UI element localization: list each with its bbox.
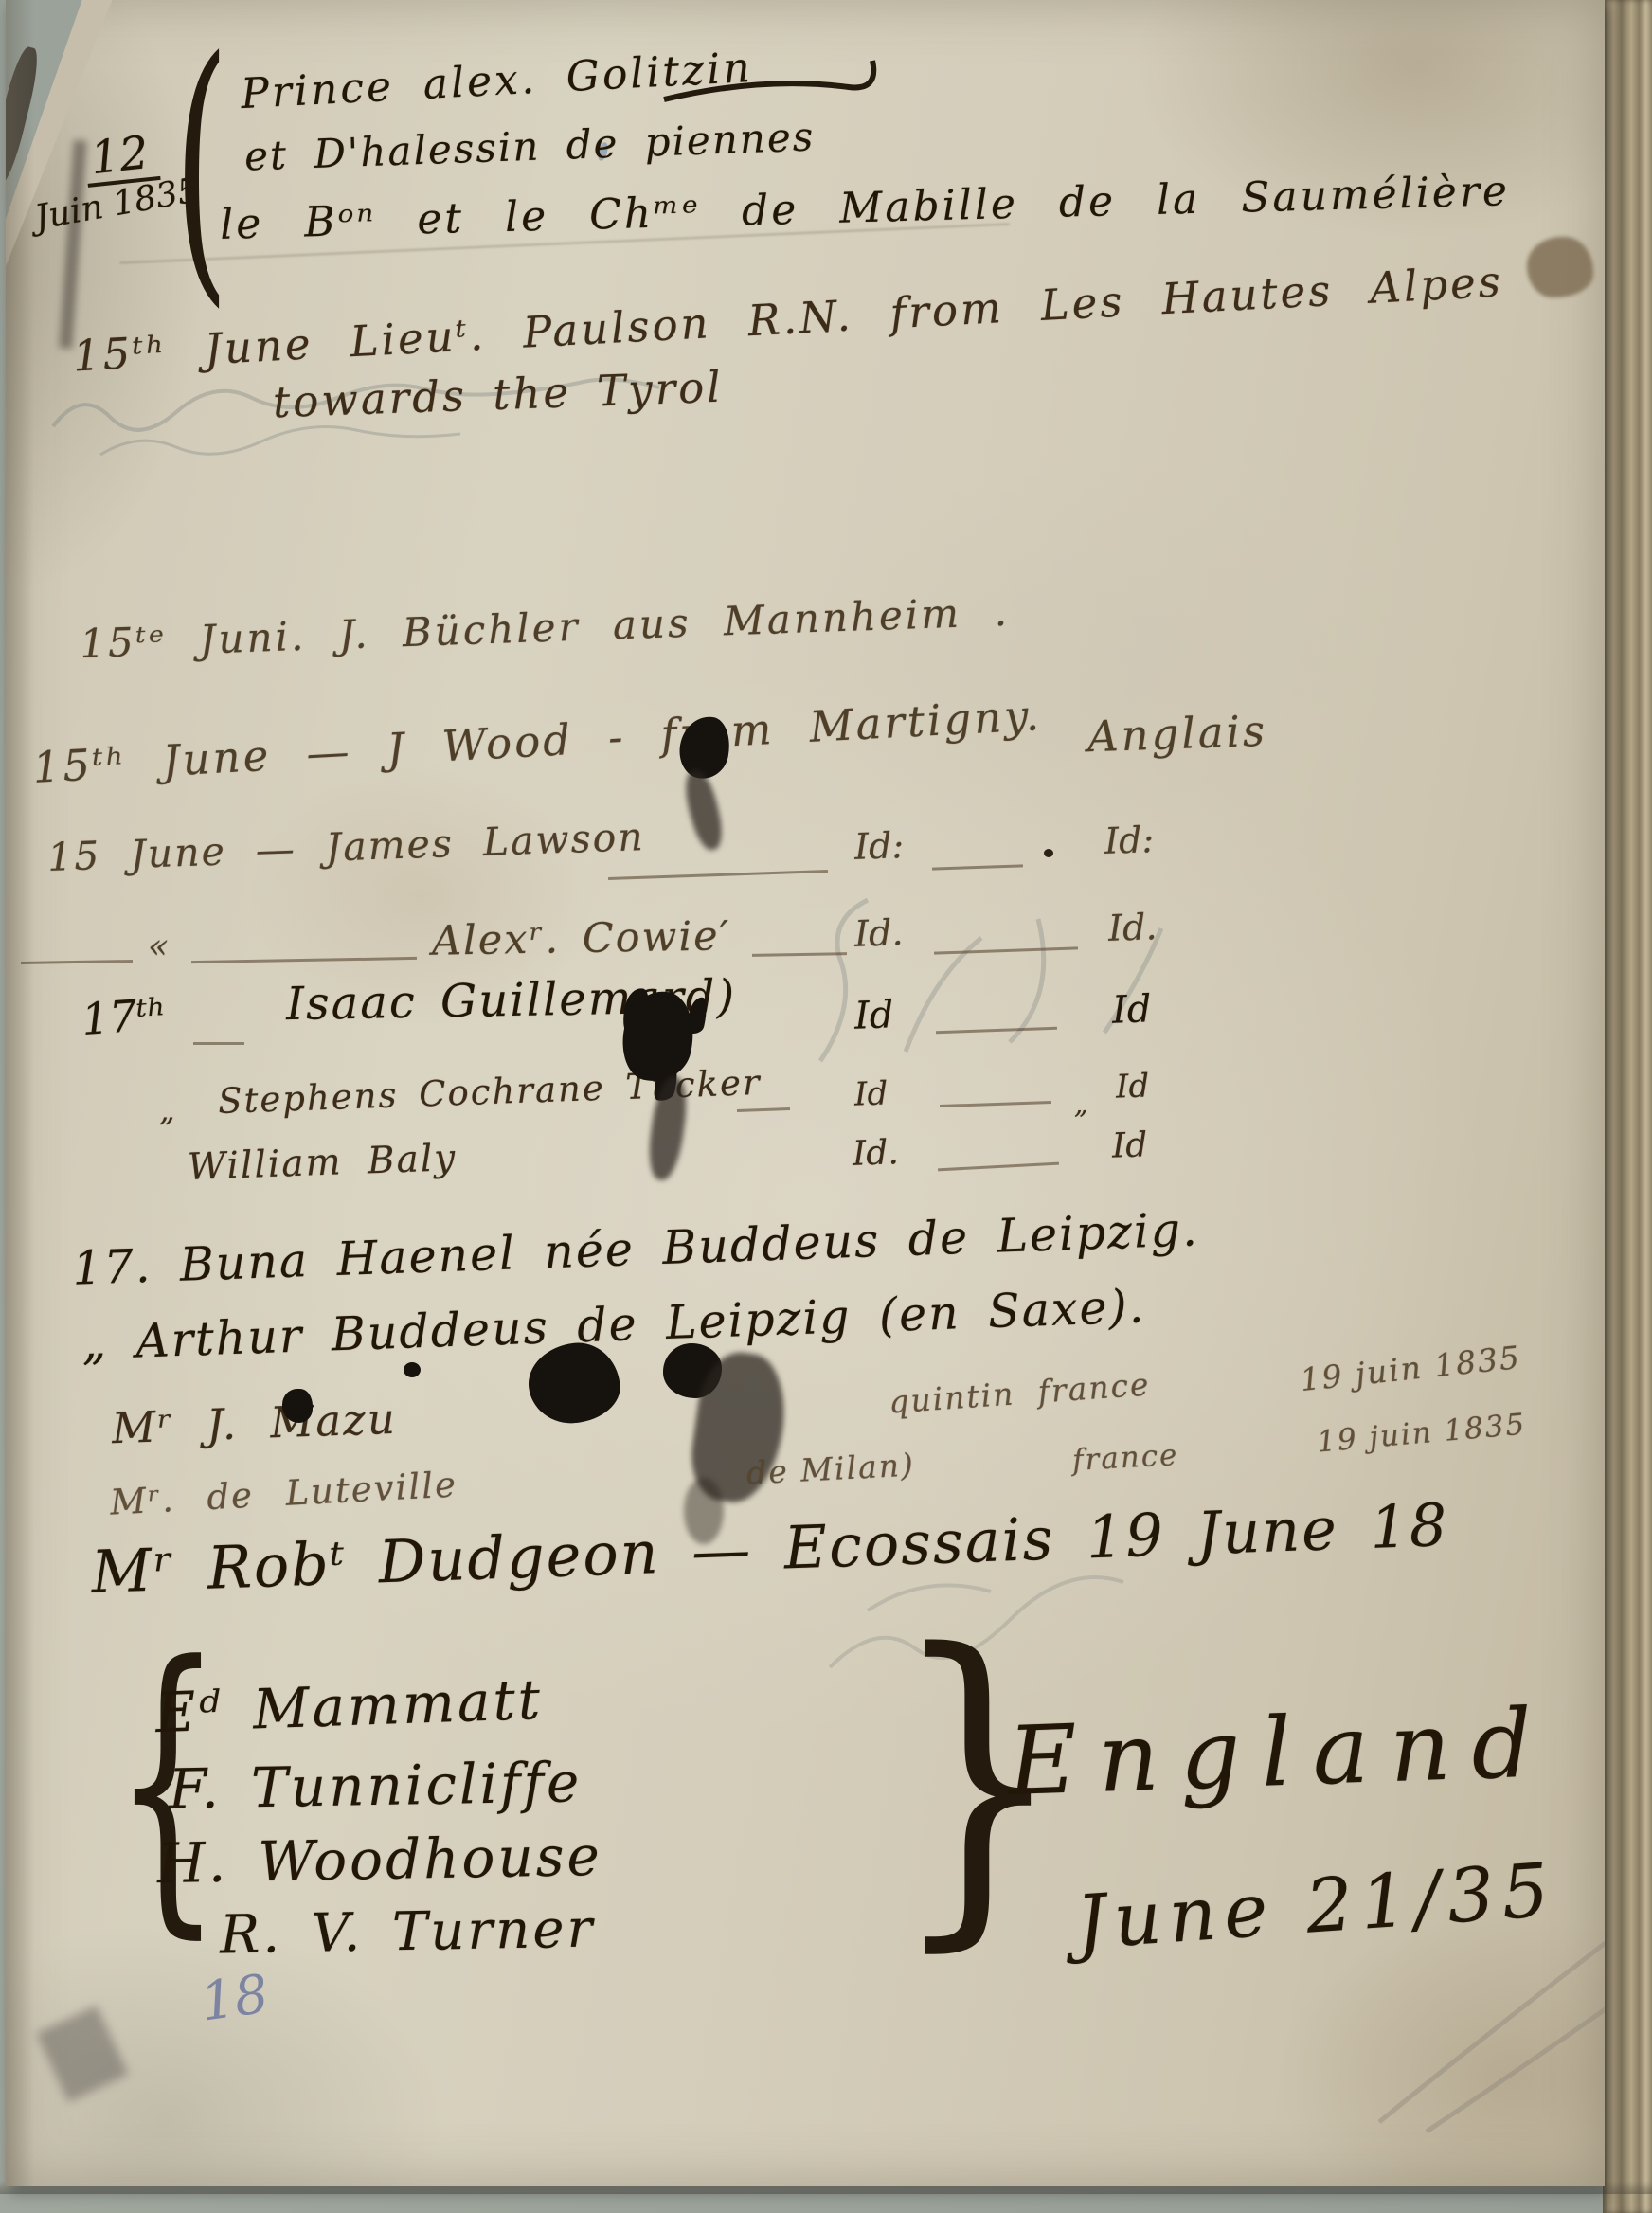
left-edge-shading [6, 0, 34, 2186]
baly-rule [938, 1162, 1059, 1172]
cowie-id-2: Id. [1107, 909, 1158, 946]
tucker-dash [737, 1107, 790, 1112]
pencil-page-number: 18 [197, 1968, 271, 2029]
header-opening-bracket: ( [173, 25, 229, 309]
baly-id-1: Id. [852, 1136, 899, 1172]
bleedthrough-ghost-right [792, 872, 1190, 1080]
entry-buddeus: „ Arthur Buddeus de Leipzig (en Saxe). [81, 1283, 1145, 1366]
entry-haenel: 17. Buna Haenel née Buddeus de Leipzig. [72, 1206, 1200, 1291]
entry-lawson: 15 June — James Lawson [46, 818, 645, 877]
lawson-dash-rule-2 [932, 864, 1023, 870]
lawson-id-1: Id: [853, 827, 904, 865]
signature-name-3: H. Woodhouse [157, 1828, 603, 1891]
bottom-right-scratch [1370, 1923, 1605, 2141]
cowie-id-1: Id. [853, 914, 904, 952]
luteville-date: 19 juin 1835 [1316, 1410, 1527, 1457]
scan-background: 12 Juin 1835 ( Prince alex. Golitzin et … [0, 0, 1652, 2213]
mazu-date: 19 juin 1835 [1299, 1341, 1522, 1395]
signature-name-1: Eᵈ Mammatt [154, 1672, 544, 1740]
lawson-ink-dot [1044, 849, 1053, 857]
mazu-origin: quintin france [888, 1368, 1151, 1417]
cowie-mid-rule [191, 957, 417, 963]
tucker-mid-ditto: „ [1074, 1091, 1088, 1118]
register-page: 12 Juin 1835 ( Prince alex. Golitzin et … [6, 0, 1605, 2186]
ink-smear-wood [680, 767, 727, 854]
signature-name-4: R. V. Turner [220, 1903, 596, 1963]
bottom-left-pencil-scribble [36, 2006, 128, 2102]
guillemard-date: 17ᵗʰ [81, 992, 169, 1041]
cowie-ditto-mark: « [148, 930, 169, 964]
header-name-line3: le Bᵒⁿ et le Chᵐᵉ de Mabille de la Saumé… [220, 171, 1511, 246]
cowie-lead-rule [21, 960, 133, 964]
golitzin-flourish [659, 47, 887, 123]
signature-country: England [1006, 1696, 1554, 1809]
ink-dot-mazu-a [404, 1362, 421, 1377]
entry-wood: 15ᵗʰ June — J Wood - from Martigny. [32, 693, 1043, 789]
tucker-id-1: Id [853, 1077, 888, 1110]
luteville-origin: de Milan) [745, 1448, 915, 1488]
signature-name-2: F. Tunnicliffe [169, 1754, 583, 1817]
tucker-id-2: Id [1115, 1070, 1149, 1103]
ink-dot-mazu-b [282, 1389, 313, 1423]
baly-name: William Baly [187, 1140, 458, 1186]
guillemard-id-1: Id [853, 996, 894, 1035]
tucker-rule-2 [940, 1101, 1051, 1107]
guillemard-date-rule [193, 1042, 244, 1045]
entry-luteville: Mʳ. de Luteville [109, 1466, 458, 1520]
margin-ink-smudge [59, 140, 86, 349]
tucker-ditto-mark: „ [159, 1095, 175, 1125]
page-stack-edge [1603, 0, 1652, 2213]
cowie-name: Alexʳ. Cowie′ [432, 916, 731, 962]
baly-id-2: Id [1111, 1128, 1147, 1163]
entry-wood-nation: Anglais [1086, 710, 1267, 759]
entry-mazu: Mʳ J. Mazu [111, 1397, 397, 1449]
right-edge-damage-spot [1527, 237, 1593, 297]
lawson-id-2: Id: [1104, 821, 1154, 859]
luteville-nation: france [1071, 1441, 1179, 1476]
header-name-line2: et D'halessin de piennes [243, 117, 816, 177]
guillemard-id-2: Id [1111, 990, 1152, 1029]
entry-paulson-line1: 15ᵗʰ June Lieuᵗ. Paulson R.N. from Les H… [72, 260, 1504, 377]
entry-buchler: 15ᵗᵉ Juni. J. Büchler aus Mannheim . [80, 592, 1011, 664]
